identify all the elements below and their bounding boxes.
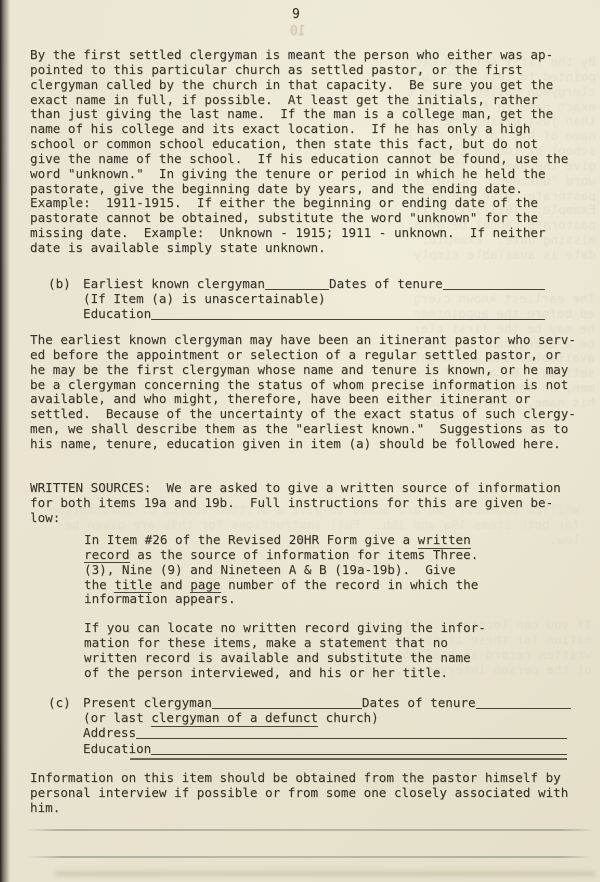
instruction-text: (3), Nine (9) and Nineteen A & B (19a-19…: [84, 562, 456, 577]
written-sources-paragraph: WRITTEN SOURCES: We are asked to give a …: [30, 481, 561, 526]
bleed-through-line: [25, 829, 595, 831]
item-b-field1-label: Earliest known clergyman: [83, 276, 265, 291]
page-number: 9: [292, 8, 300, 23]
item-c-block: (c)Present clergymanDates of tenure (or …: [48, 695, 578, 756]
item-c-field1-label: Present clergyman: [83, 695, 212, 710]
item-b-field3-label: Education: [83, 306, 151, 321]
item-c-note: (or last: [83, 710, 151, 725]
instruction-block-1: In Item #26 of the Revised 20HR Form giv…: [84, 533, 478, 607]
item-b-block: (b)Earliest known clergymanDates of tenu…: [48, 276, 548, 322]
item-b-note: (If Item (a) is unascertainable): [83, 291, 326, 306]
earliest-known-paragraph: The earliest known clergyman may have be…: [30, 333, 576, 452]
item-c-line2: (or last clergyman of a defunct church): [48, 710, 578, 725]
instruction-text: information appears.: [84, 591, 236, 606]
item-b-line1: (b)Earliest known clergymanDates of tenu…: [48, 276, 548, 291]
instruction-text: number of the record in which the: [221, 577, 479, 592]
instruction-block-2: If you can locate no written record givi…: [84, 621, 486, 680]
item-b-field2-label: Dates of tenure: [329, 276, 443, 291]
blank-line: [476, 697, 571, 709]
blank-line: [151, 743, 567, 755]
closing-paragraph: Information on this item should be obtai…: [30, 771, 568, 816]
bleed-page-number: 10: [290, 25, 306, 40]
blank-line: [443, 278, 545, 290]
instruction-text: as the source of information for items T…: [130, 547, 479, 562]
item-c-field2-label: Dates of tenure: [362, 695, 476, 710]
item-c-field4-label: Education: [83, 741, 151, 756]
document-page: By the first settled clergyman is meant …: [0, 0, 600, 882]
item-b-line3: Education: [48, 306, 548, 321]
blank-line: [212, 697, 362, 709]
bleed-through-smudge: [55, 871, 595, 876]
bleed-through-line: [28, 856, 593, 858]
blank-line: [136, 727, 567, 739]
item-c-note: church): [318, 710, 379, 725]
scan-edge-shadow: [0, 0, 10, 882]
item-c-line1: (c)Present clergymanDates of tenure: [48, 695, 578, 710]
double-struck-underline: [130, 758, 567, 760]
item-c-note-underlined: clergyman of a defunct: [151, 710, 318, 727]
blank-line: [151, 308, 545, 320]
item-c-line3: Address: [48, 725, 578, 740]
item-c-field3-label: Address: [83, 725, 136, 740]
intro-paragraph: By the first settled clergyman is meant …: [30, 48, 568, 256]
item-b-line2: (If Item (a) is unascertainable): [48, 291, 548, 306]
item-c-line4: Education: [48, 741, 578, 756]
instruction-text: the: [84, 577, 114, 592]
instruction-text: and: [152, 577, 190, 592]
blank-line: [265, 278, 329, 290]
instruction-text: In Item #26 of the Revised 20HR Form giv…: [84, 532, 418, 547]
item-b-label: (b): [48, 276, 83, 291]
item-c-label: (c): [48, 695, 83, 710]
